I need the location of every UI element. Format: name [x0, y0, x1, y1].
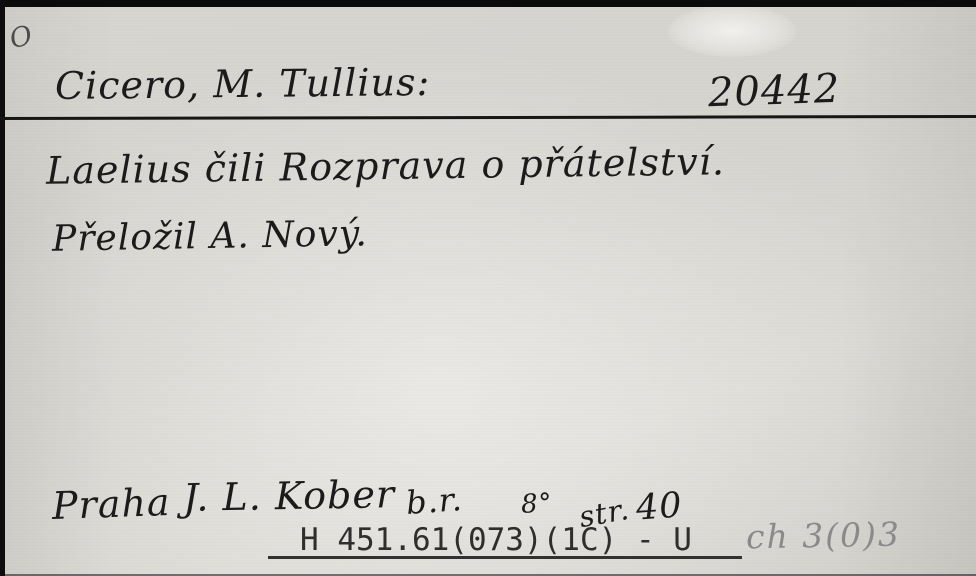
title-line: Laelius čili Rozprava o přátelství.: [46, 139, 725, 192]
imprint-publisher: J. L. Kober: [183, 472, 396, 520]
call-number-typed: H 451.61(073)(1C) -: [300, 522, 655, 558]
imprint-no-year: b.r.: [405, 480, 464, 522]
call-number-underline: [268, 556, 742, 559]
corner-mark: O: [7, 20, 37, 56]
accession-number: 20442: [707, 66, 841, 117]
call-number-stamp: H 451.61(073)(1C) - U: [300, 522, 692, 558]
scan-edge-left: [0, 0, 5, 576]
imprint-format: 8°: [520, 488, 553, 520]
catalog-card: O Cicero, M. Tullius: 20442 Laelius čili…: [0, 0, 976, 576]
call-number-suffix: U: [673, 522, 692, 558]
translator-line: Přeložil A. Nový.: [52, 213, 368, 260]
author-heading: Cicero, M. Tullius:: [55, 60, 431, 108]
pencil-shelfmark: ch 3(0)3: [746, 515, 902, 557]
ruled-line: [0, 115, 976, 120]
scan-edge-top: [0, 0, 976, 7]
imprint-place: Praha: [51, 480, 171, 528]
paper-stain: [668, 5, 796, 57]
